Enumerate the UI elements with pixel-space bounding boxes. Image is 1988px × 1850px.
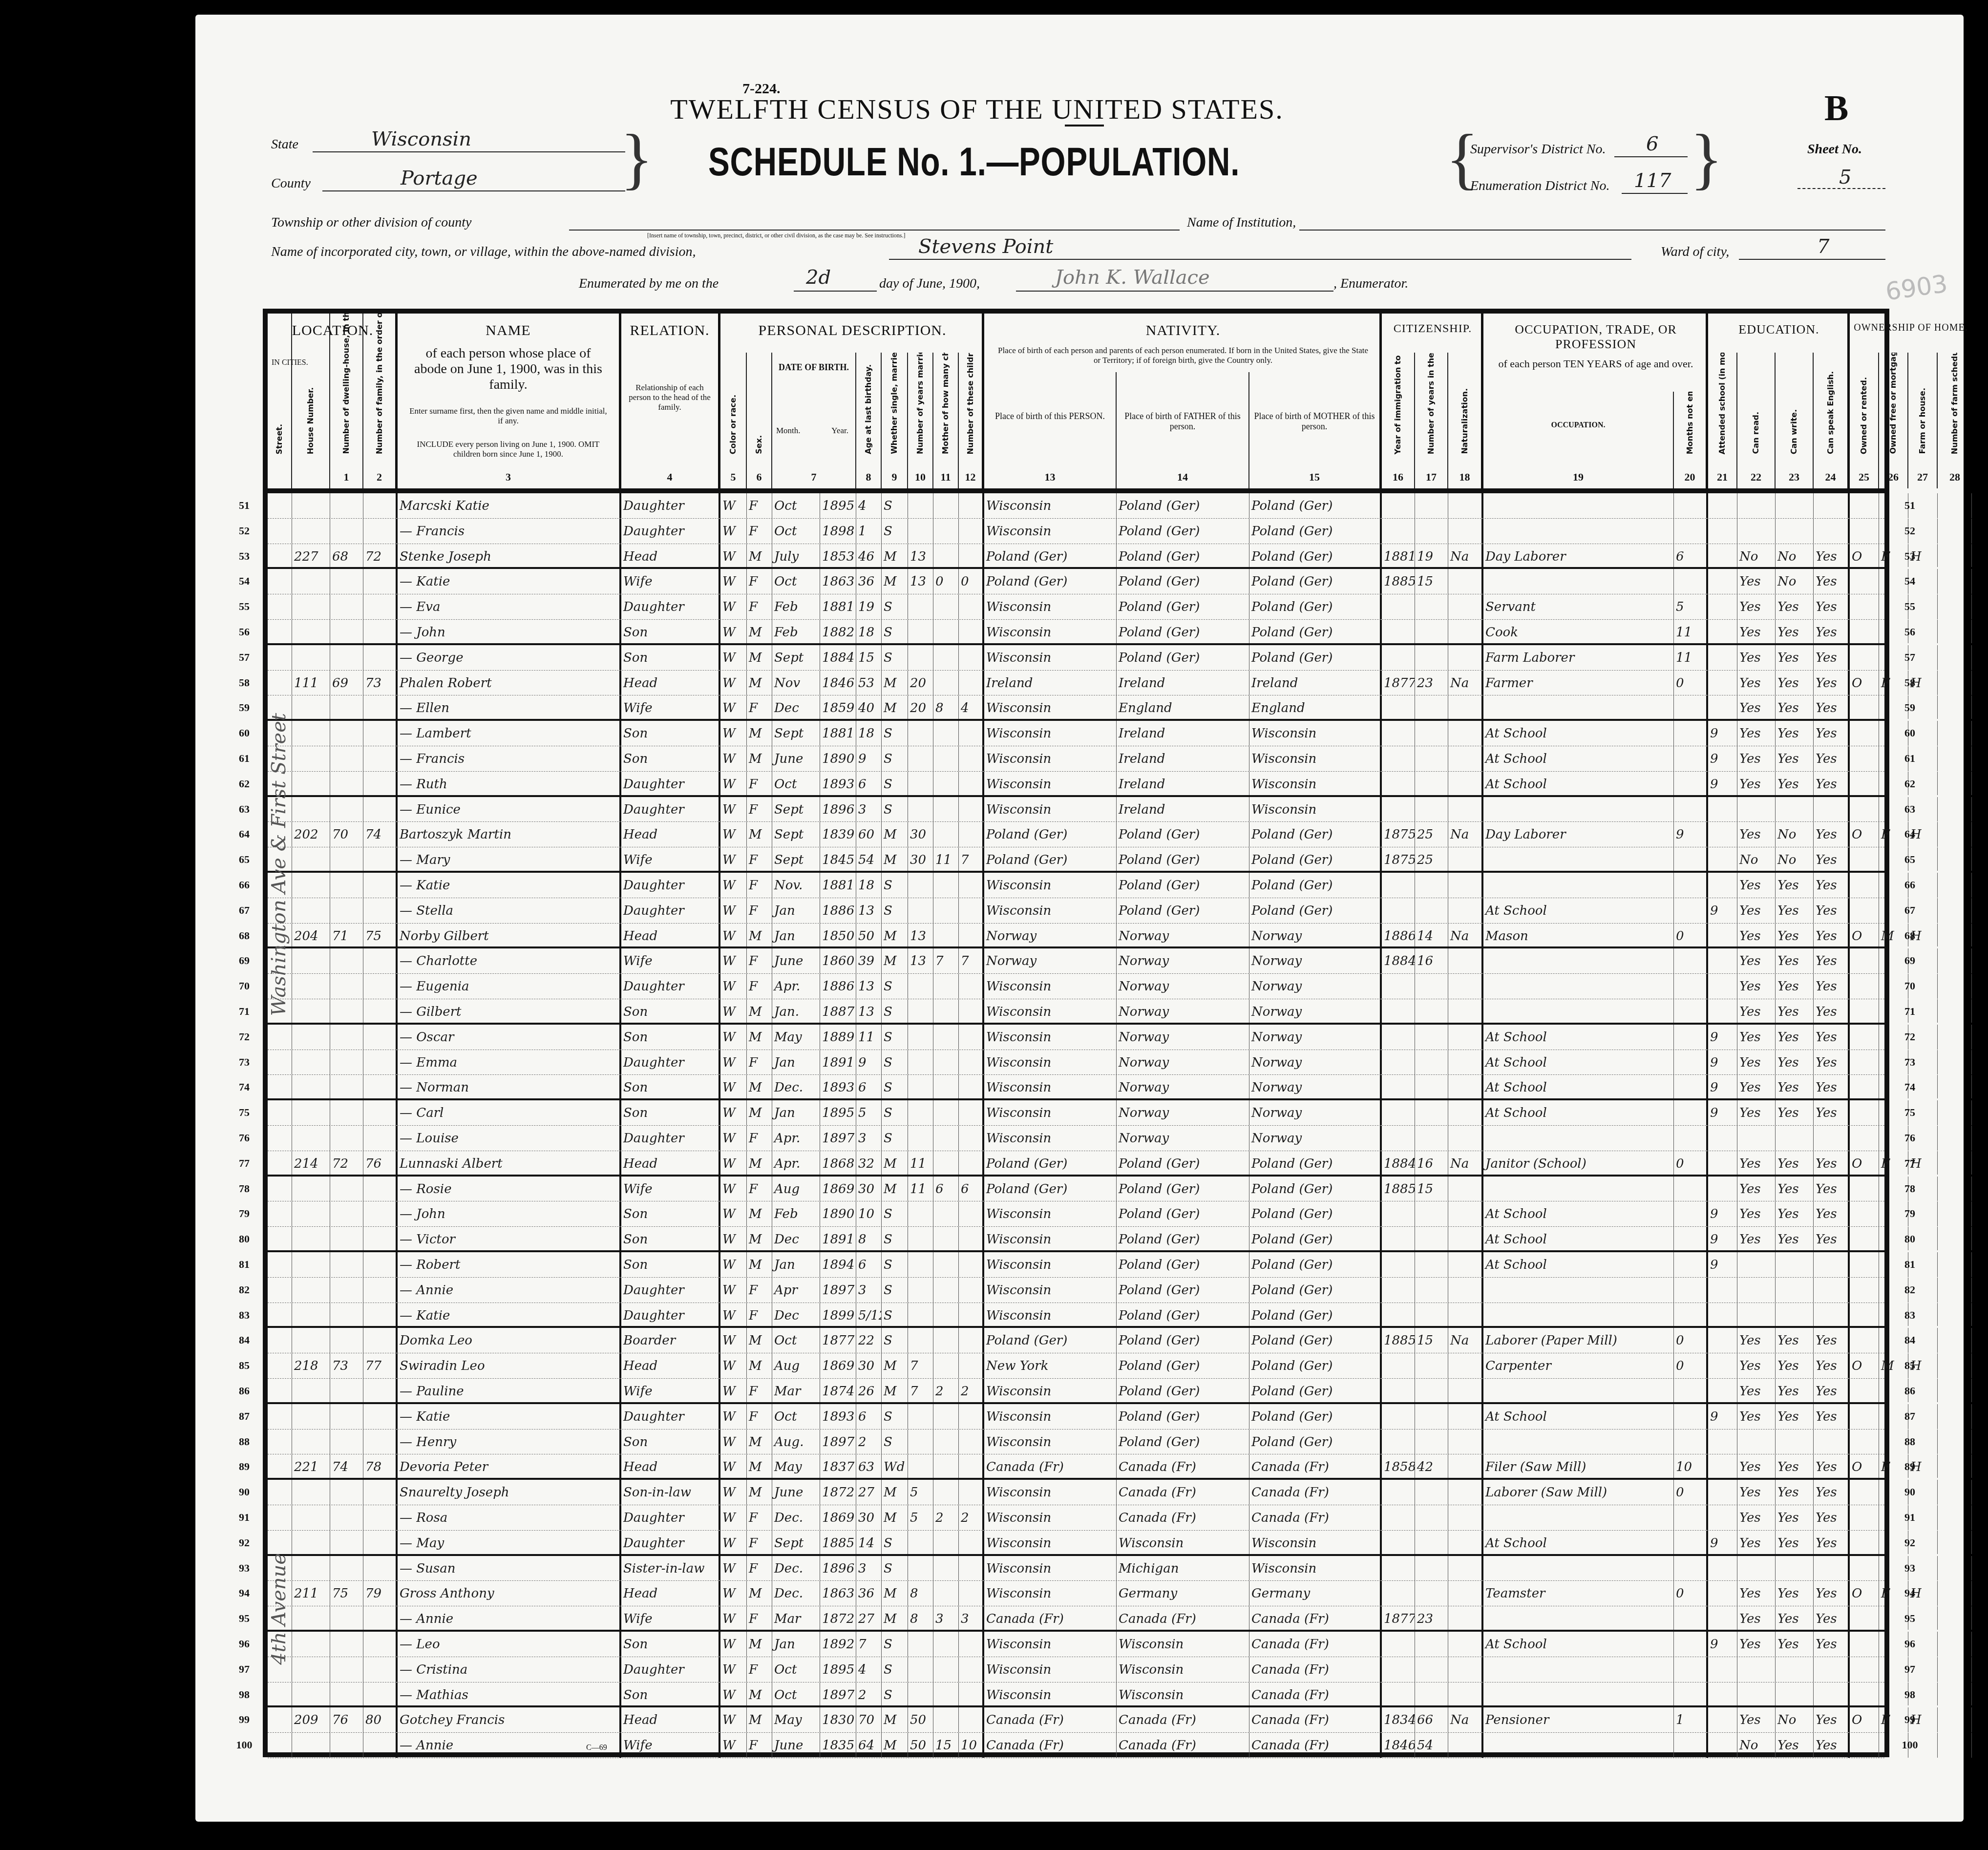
cell-imm <box>1382 1430 1415 1454</box>
col-birth-date: DATE OF BIRTH. Month. Year. 7 <box>772 353 856 488</box>
cell-sch <box>1708 1556 1737 1581</box>
line-number: 84 <box>1895 1334 1925 1346</box>
cell-sched <box>1938 847 1972 871</box>
cell-rel: Son <box>621 721 720 746</box>
cell-write: Yes <box>1776 1531 1814 1554</box>
cell-year: 1846 <box>820 671 856 695</box>
table-row: — LouiseDaughterWFApr.18973SWisconsinNor… <box>268 1126 1884 1151</box>
cell-age: 2 <box>856 1682 882 1706</box>
cell-pob: Wisconsin <box>984 1632 1117 1657</box>
cell-yrs <box>1415 1252 1448 1277</box>
cell-sch <box>1708 1682 1737 1706</box>
cell-age: 60 <box>856 822 882 847</box>
cell-mc: 11 <box>933 847 959 871</box>
cell-eng: Yes <box>1814 671 1850 695</box>
cell-year: 1881 <box>820 721 856 746</box>
cell-name: — Eugenia <box>398 974 621 999</box>
cell-rel: Son <box>621 999 720 1023</box>
cell-sched <box>1938 1404 1972 1429</box>
line-number: 98 <box>1895 1688 1925 1701</box>
cell-year: 1872 <box>820 1606 856 1630</box>
cell-ms: S <box>882 1657 908 1682</box>
cell-race: W <box>720 924 747 947</box>
cell-own <box>1850 746 1879 771</box>
cell-yrs <box>1415 1126 1448 1151</box>
cell-ym <box>908 1303 933 1326</box>
cell-eng <box>1814 1657 1850 1682</box>
cell-pob: Wisconsin <box>984 1050 1117 1075</box>
cell-cl <box>959 1657 984 1682</box>
cell-ym <box>908 1682 933 1706</box>
cell-pob: Wisconsin <box>984 1556 1117 1581</box>
cell-month: Sept <box>772 797 820 822</box>
cell-rel: Son <box>621 1430 720 1454</box>
table-row: — FrancisSonWMJune18909SWisconsinIreland… <box>268 746 1884 772</box>
cell-nat: Na <box>1448 671 1483 695</box>
cell-sex: M <box>747 1707 772 1732</box>
cell-age: 27 <box>856 1480 882 1505</box>
cell-rel: Head <box>621 924 720 947</box>
cell-fam <box>363 873 398 898</box>
cell-yrs: 15 <box>1415 569 1448 594</box>
cell-dwell <box>330 645 363 670</box>
cell-write <box>1776 1657 1814 1682</box>
cell-mc: 3 <box>933 1606 959 1630</box>
cell-race: W <box>720 948 747 973</box>
group-ownership: OWNERSHIP OF HOME. <box>1850 314 1972 334</box>
cell-dwell <box>330 873 363 898</box>
cell-rel: Head <box>621 1151 720 1175</box>
cell-ms: S <box>882 1404 908 1429</box>
cell-occ: Janitor (School) <box>1483 1151 1674 1175</box>
cell-cl <box>959 1278 984 1303</box>
line-number: 94 <box>230 1587 259 1599</box>
cell-age: 63 <box>856 1454 882 1478</box>
cell-dwell <box>330 519 363 544</box>
cell-sex: M <box>747 1430 772 1454</box>
table-row: — VictorSonWMDec18918SWisconsinPoland (G… <box>268 1227 1884 1252</box>
cell-ms: S <box>882 746 908 771</box>
cell-ms: S <box>882 1126 908 1151</box>
line-number: 60 <box>230 727 259 739</box>
cell-write: Yes <box>1776 1632 1814 1657</box>
cell-sched <box>1938 1328 1972 1353</box>
cell-street <box>268 1430 292 1454</box>
cell-mpob: Poland (Ger) <box>1249 1353 1382 1378</box>
cell-own <box>1850 1404 1879 1429</box>
cell-ym <box>908 1050 933 1075</box>
cell-year: 1882 <box>820 620 856 643</box>
cell-occ: At School <box>1483 1100 1674 1125</box>
line-number: 73 <box>230 1056 259 1069</box>
cell-mpob: Canada (Fr) <box>1249 1505 1382 1530</box>
cell-own <box>1850 772 1879 795</box>
cell-fpob: Poland (Ger) <box>1117 493 1249 518</box>
cell-occ <box>1483 1379 1674 1402</box>
cell-read: Yes <box>1737 1025 1776 1050</box>
cell-year: 1893 <box>820 1075 856 1098</box>
group-personal-description: PERSONAL DESCRIPTION. <box>720 314 984 339</box>
line-number: 67 <box>230 904 259 917</box>
cell-dwell <box>330 1177 363 1201</box>
cell-sched <box>1938 974 1972 999</box>
cell-ym: 13 <box>908 924 933 947</box>
line-number: 95 <box>1895 1612 1925 1625</box>
cell-rel: Wife <box>621 1379 720 1402</box>
cell-mne <box>1674 1682 1708 1706</box>
cell-eng: Yes <box>1814 1632 1850 1657</box>
line-number: 51 <box>1895 499 1925 512</box>
cell-own <box>1850 1278 1879 1303</box>
cell-fpob: Poland (Ger) <box>1117 620 1249 643</box>
cell-mne <box>1674 1556 1708 1581</box>
cell-yrs <box>1415 873 1448 898</box>
cell-mpob: Norway <box>1249 1126 1382 1151</box>
cell-sex: F <box>747 948 772 973</box>
cell-year: 1896 <box>820 1556 856 1581</box>
cell-dwell <box>330 999 363 1023</box>
cell-sched <box>1938 519 1972 544</box>
cell-ym <box>908 1025 933 1050</box>
cell-imm <box>1382 1657 1415 1682</box>
cell-fam <box>363 999 398 1023</box>
cell-race: W <box>720 493 747 518</box>
cell-name: — Annie <box>398 1278 621 1303</box>
cell-dwell <box>330 1632 363 1657</box>
enumerated-day: 2d <box>806 266 831 289</box>
cell-yrs <box>1415 1682 1448 1706</box>
cell-year: 1853 <box>820 544 856 568</box>
table-row: — CarlSonWMJan18955SWisconsinNorwayNorwa… <box>268 1100 1884 1126</box>
cell-month: Aug <box>772 1177 820 1201</box>
cell-name: — Rosa <box>398 1505 621 1530</box>
cell-ms: M <box>882 1733 908 1758</box>
cell-dwell <box>330 1379 363 1402</box>
cell-dwell <box>330 1404 363 1429</box>
cell-month: May <box>772 1707 820 1732</box>
cell-sched <box>1938 1025 1972 1050</box>
cell-fpob: Poland (Ger) <box>1117 1201 1249 1226</box>
cell-read <box>1737 493 1776 518</box>
col-can-read: Can read.22 <box>1737 353 1776 488</box>
cell-sched <box>1938 1278 1972 1303</box>
cell-mpob: Poland (Ger) <box>1249 1151 1382 1175</box>
enumerated-middle: day of June, 1900, <box>879 276 980 292</box>
line-number: 99 <box>230 1713 259 1726</box>
cell-ym: 50 <box>908 1707 933 1732</box>
cell-mc <box>933 519 959 544</box>
cell-imm <box>1382 974 1415 999</box>
cell-mne <box>1674 898 1708 923</box>
cell-rel: Daughter <box>621 1278 720 1303</box>
cell-eng: Yes <box>1814 1050 1850 1075</box>
cell-write: Yes <box>1776 1353 1814 1378</box>
cell-imm <box>1382 1025 1415 1050</box>
col-age: Age at last birthday.8 <box>856 353 882 488</box>
table-row: — FrancisDaughterWFOct18981SWisconsinPol… <box>268 519 1884 544</box>
cell-fpob: Norway <box>1117 1050 1249 1075</box>
cell-occ: At School <box>1483 1050 1674 1075</box>
cell-sched <box>1938 1531 1972 1554</box>
cell-sch <box>1708 1353 1737 1378</box>
cell-age: 6 <box>856 1252 882 1277</box>
cell-cl: 4 <box>959 695 984 719</box>
cell-ym: 20 <box>908 695 933 719</box>
cell-sex: M <box>747 1632 772 1657</box>
cell-eng: Yes <box>1814 569 1850 594</box>
line-number: 86 <box>230 1385 259 1397</box>
cell-write: Yes <box>1776 1505 1814 1530</box>
cell-read: No <box>1737 847 1776 871</box>
cell-street <box>268 1151 292 1175</box>
cell-nat <box>1448 746 1483 771</box>
table-row: 2217478Devoria PeterHeadWMMay183763WdCan… <box>268 1454 1884 1480</box>
cell-write: Yes <box>1776 1454 1814 1478</box>
supervisor-value: 6 <box>1646 133 1658 155</box>
cell-month: Aug <box>772 1353 820 1378</box>
cell-occ: At School <box>1483 1252 1674 1277</box>
cell-mne: 10 <box>1674 1454 1708 1478</box>
cell-mc <box>933 1682 959 1706</box>
cell-mne <box>1674 1632 1708 1657</box>
cell-pob: Wisconsin <box>984 999 1117 1023</box>
cell-fam <box>363 1632 398 1657</box>
cell-read: Yes <box>1737 671 1776 695</box>
cell-ms: M <box>882 1505 908 1530</box>
cell-mne <box>1674 519 1708 544</box>
col-free-mortgaged: Owned free or mortgaged.26 <box>1879 353 1908 488</box>
cell-cl: 3 <box>959 1606 984 1630</box>
cell-nat <box>1448 1430 1483 1454</box>
cell-age: 5/12 <box>856 1303 882 1326</box>
line-number: 64 <box>1895 828 1925 841</box>
line-number: 95 <box>230 1612 259 1625</box>
cell-name: Stenke Joseph <box>398 544 621 568</box>
cell-yrs <box>1415 1050 1448 1075</box>
table-row: — OscarSonWMMay188911SWisconsinNorwayNor… <box>268 1025 1884 1050</box>
cell-fam <box>363 1303 398 1326</box>
cell-ym <box>908 1278 933 1303</box>
cell-fam <box>363 569 398 594</box>
cell-house <box>292 1556 330 1581</box>
cell-month: Oct <box>772 1328 820 1353</box>
cell-yrs <box>1415 1379 1448 1402</box>
cell-month: Dec. <box>772 1505 820 1530</box>
cell-race: W <box>720 1278 747 1303</box>
cell-nat <box>1448 1379 1483 1402</box>
cell-cl <box>959 974 984 999</box>
cell-pob: Wisconsin <box>984 1657 1117 1682</box>
cell-read <box>1737 1303 1776 1326</box>
cell-ms: S <box>882 1025 908 1050</box>
cell-sch <box>1708 519 1737 544</box>
cell-race: W <box>720 569 747 594</box>
cell-sch <box>1708 671 1737 695</box>
cell-year: 1863 <box>820 569 856 594</box>
city-line <box>889 259 1631 260</box>
cell-month: Oct <box>772 1682 820 1706</box>
cell-imm <box>1382 721 1415 746</box>
cell-pob: Wisconsin <box>984 1379 1117 1402</box>
line-number: 90 <box>1895 1486 1925 1498</box>
cell-mne <box>1674 1025 1708 1050</box>
cell-imm <box>1382 1303 1415 1326</box>
cell-mpob: Norway <box>1249 924 1382 947</box>
cell-cl <box>959 1050 984 1075</box>
cell-sched <box>1938 1606 1972 1630</box>
cell-write: Yes <box>1776 873 1814 898</box>
cell-street <box>268 620 292 643</box>
cell-mc <box>933 1303 959 1326</box>
cell-write <box>1776 1278 1814 1303</box>
cell-own <box>1850 1480 1879 1505</box>
line-number: 57 <box>230 651 259 664</box>
cell-pob: Poland (Ger) <box>984 544 1117 568</box>
cell-mne <box>1674 1606 1708 1630</box>
cell-sex: M <box>747 1581 772 1606</box>
cell-fpob: Poland (Ger) <box>1117 1252 1249 1277</box>
cell-cl <box>959 671 984 695</box>
cell-read: No <box>1737 1733 1776 1758</box>
cell-imm <box>1382 797 1415 822</box>
cell-cl: 2 <box>959 1505 984 1530</box>
cell-pob: Wisconsin <box>984 695 1117 719</box>
cell-mne <box>1674 721 1708 746</box>
cell-eng: Yes <box>1814 1353 1850 1378</box>
cell-sch: 9 <box>1708 1050 1737 1075</box>
cell-sch <box>1708 1303 1737 1326</box>
cell-pob: Wisconsin <box>984 797 1117 822</box>
cell-pob: Wisconsin <box>984 1075 1117 1098</box>
line-number: 54 <box>1895 575 1925 588</box>
cell-write: Yes <box>1776 1606 1814 1630</box>
cell-fam <box>363 746 398 771</box>
cell-eng: Yes <box>1814 1404 1850 1429</box>
cell-yrs <box>1415 721 1448 746</box>
cell-sched <box>1938 1556 1972 1581</box>
col-children-living: Number of these children living.12 <box>959 353 984 488</box>
cell-dwell: 74 <box>330 1454 363 1478</box>
cell-year: 1837 <box>820 1454 856 1478</box>
cell-mpob: Canada (Fr) <box>1249 1632 1382 1657</box>
cell-fam: 75 <box>363 924 398 947</box>
cell-mpob: Poland (Ger) <box>1249 1201 1382 1226</box>
cell-mne <box>1674 797 1708 822</box>
cell-read <box>1737 1252 1776 1277</box>
cell-house <box>292 1632 330 1657</box>
state-label: State <box>271 137 298 152</box>
cell-fam <box>363 1025 398 1050</box>
table-row: — JohnSonWMFeb189010SWisconsinPoland (Ge… <box>268 1201 1884 1227</box>
cell-house <box>292 1328 330 1353</box>
cell-own <box>1850 1227 1879 1250</box>
cell-street <box>268 1050 292 1075</box>
cell-pob: Wisconsin <box>984 1682 1117 1706</box>
cell-write: No <box>1776 1707 1814 1732</box>
cell-rel: Boarder <box>621 1328 720 1353</box>
cell-year: 1845 <box>820 847 856 871</box>
col-color: Color or race.5 <box>720 353 747 488</box>
cell-sex: F <box>747 797 772 822</box>
cell-sex: M <box>747 1353 772 1378</box>
cell-race: W <box>720 1531 747 1554</box>
cell-fam <box>363 1657 398 1682</box>
cell-yrs <box>1415 1075 1448 1098</box>
cell-mne: 6 <box>1674 544 1708 568</box>
cell-sched <box>1938 1480 1972 1505</box>
cell-rel: Son <box>621 645 720 670</box>
cell-imm <box>1382 620 1415 643</box>
cell-mne <box>1674 999 1708 1023</box>
cell-house <box>292 1201 330 1226</box>
col-mother-children: Mother of how many children.11 <box>933 353 959 488</box>
cell-rel: Head <box>621 544 720 568</box>
cell-sex: F <box>747 1556 772 1581</box>
cell-year: 1896 <box>820 797 856 822</box>
cell-write: Yes <box>1776 924 1814 947</box>
cell-race: W <box>720 1100 747 1125</box>
cell-sex: F <box>747 974 772 999</box>
cell-nat: Na <box>1448 924 1483 947</box>
cell-house <box>292 695 330 719</box>
cell-name: — Henry <box>398 1430 621 1454</box>
cell-age: 6 <box>856 1075 882 1098</box>
cell-occ: At School <box>1483 1075 1674 1098</box>
cell-sex: F <box>747 1733 772 1758</box>
cell-ms: M <box>882 1707 908 1732</box>
cell-nat <box>1448 948 1483 973</box>
cell-nat <box>1448 645 1483 670</box>
cell-cl <box>959 645 984 670</box>
cell-race: W <box>720 1075 747 1098</box>
cell-sex: M <box>747 1328 772 1353</box>
cell-year: 1859 <box>820 695 856 719</box>
cell-street <box>268 1278 292 1303</box>
cell-dwell <box>330 1025 363 1050</box>
cell-cl <box>959 1454 984 1478</box>
form-footer-code: C—69 <box>586 1744 607 1752</box>
cell-read: Yes <box>1737 948 1776 973</box>
cell-sched <box>1938 1430 1972 1454</box>
cell-name: — Francis <box>398 519 621 544</box>
cell-cl <box>959 1353 984 1378</box>
cell-sched <box>1938 721 1972 746</box>
cell-imm: 1858 <box>1382 1454 1415 1478</box>
cell-sex: M <box>747 645 772 670</box>
county-label: County <box>271 176 311 191</box>
cell-age: 3 <box>856 797 882 822</box>
cell-yrs <box>1415 1201 1448 1226</box>
cell-name: Norby Gilbert <box>398 924 621 947</box>
cell-nat <box>1448 1201 1483 1226</box>
cell-age: 13 <box>856 898 882 923</box>
cell-mc <box>933 1531 959 1554</box>
line-number: 75 <box>230 1106 259 1119</box>
line-number: 72 <box>230 1030 259 1043</box>
cell-month: June <box>772 948 820 973</box>
cell-sched <box>1938 1100 1972 1125</box>
cell-fam: 76 <box>363 1151 398 1175</box>
cell-pob: Wisconsin <box>984 974 1117 999</box>
cell-ms: M <box>882 924 908 947</box>
cell-cl: 2 <box>959 1379 984 1402</box>
cell-eng: Yes <box>1814 1379 1850 1402</box>
cell-fpob: Germany <box>1117 1581 1249 1606</box>
cell-race: W <box>720 1201 747 1226</box>
cell-nat <box>1448 1733 1483 1758</box>
cell-sched <box>1938 1379 1972 1402</box>
cell-yrs <box>1415 797 1448 822</box>
